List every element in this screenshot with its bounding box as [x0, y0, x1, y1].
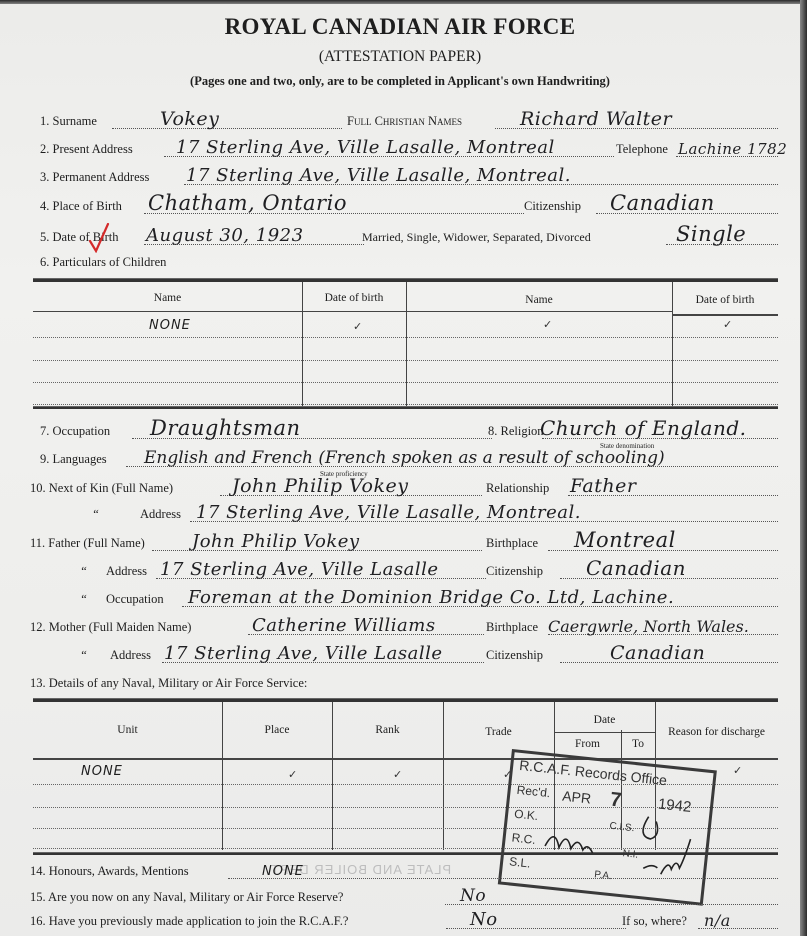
field-kin-address-row: “ Address 17 Sterling Ave, Ville Lasalle…	[40, 503, 778, 525]
father-name-value[interactable]: John Philip Vokey	[192, 531, 360, 552]
father-occupation-value[interactable]: Foreman at the Dominion Bridge Co. Ltd, …	[188, 587, 674, 608]
red-check-mark-icon	[88, 223, 110, 253]
surname-label: 1. Surname	[40, 114, 97, 129]
service-col-place: Place	[222, 724, 332, 736]
children-label: 6. Particulars of Children	[40, 255, 166, 270]
telephone-label: Telephone	[616, 142, 668, 157]
marital-status-label: Married, Single, Widower, Separated, Div…	[362, 230, 591, 245]
field-present-address-row: 2. Present Address 17 Sterling Ave, Vill…	[40, 138, 778, 160]
citizenship-value[interactable]: Canadian	[610, 191, 715, 215]
field-permanent-address-row: 3. Permanent Address 17 Sterling Ave, Vi…	[40, 166, 778, 188]
field-father-row: 11. Father (Full Name) John Philip Vokey…	[40, 532, 778, 554]
religion-value[interactable]: Church of England.	[540, 416, 747, 440]
service-col-date-to: To	[621, 738, 655, 750]
mother-citizenship-value[interactable]: Canadian	[610, 642, 705, 664]
field-father-occupation-row: “ Occupation Foreman at the Dominion Bri…	[40, 588, 778, 610]
ditto-mark: “	[80, 564, 87, 579]
previous-application-value[interactable]: No	[470, 909, 498, 930]
honours-label: 14. Honours, Awards, Mentions	[30, 864, 189, 879]
ditto-mark: “	[80, 592, 87, 607]
present-address-value[interactable]: 17 Sterling Ave, Ville Lasalle, Montreal	[176, 137, 555, 158]
citizenship-label: Citizenship	[524, 199, 581, 214]
scan-edge-right	[800, 0, 807, 936]
ditto-mark: “	[80, 648, 87, 663]
place-of-birth-label: 4. Place of Birth	[40, 199, 122, 214]
children-row-1-name-2[interactable]: ✓	[543, 318, 552, 331]
service-row-1-place[interactable]: ✓	[288, 768, 297, 781]
mother-citizenship-label: Citizenship	[486, 648, 543, 663]
service-col-unit: Unit	[33, 724, 222, 736]
children-row-1-dob-2[interactable]: ✓	[723, 318, 732, 331]
children-table-bottom-rule	[33, 406, 778, 409]
field-surname-row: 1. Surname Vokey Full Christian Names Ri…	[40, 110, 778, 132]
father-citizenship-value[interactable]: Canadian	[586, 556, 686, 580]
present-address-label: 2. Present Address	[40, 142, 133, 157]
kin-address-label: Address	[140, 507, 181, 522]
service-row-1-unit[interactable]: NONE	[81, 764, 123, 779]
telephone-value[interactable]: Lachine 1782	[678, 140, 787, 158]
stamp-ok: O.K.	[514, 807, 539, 823]
field-place-of-birth-row: 4. Place of Birth Chatham, Ontario Citiz…	[40, 195, 778, 217]
occupation-label: 7. Occupation	[40, 424, 110, 439]
field-date-of-birth-row: 5. Date of Birth August 30, 1923 Married…	[40, 226, 778, 248]
father-birthplace-label: Birthplace	[486, 536, 538, 551]
marital-status-value[interactable]: Single	[676, 222, 746, 246]
previous-application-label: 16. Have you previously made application…	[30, 914, 348, 929]
kin-address-value[interactable]: 17 Sterling Ave, Ville Lasalle, Montreal…	[196, 502, 581, 523]
field-children-row: 6. Particulars of Children	[40, 251, 778, 273]
languages-value[interactable]: English and French (French spoken as a r…	[144, 448, 665, 468]
relationship-label: Relationship	[486, 481, 549, 496]
attestation-paper: ROYAL CANADIAN AIR FORCE (ATTESTATION PA…	[0, 4, 800, 936]
mother-address-value[interactable]: 17 Sterling Ave, Ville Lasalle	[164, 643, 442, 664]
christian-names-label: Full Christian Names	[347, 114, 462, 129]
service-row-1-reason[interactable]: ✓	[733, 764, 742, 777]
service-col-date-from: From	[554, 738, 621, 750]
permanent-address-value[interactable]: 17 Sterling Ave, Ville Lasalle, Montreal…	[186, 165, 571, 186]
next-of-kin-label: 10. Next of Kin (Full Name)	[30, 481, 173, 496]
field-father-address-row: “ Address 17 Sterling Ave, Ville Lasalle…	[40, 560, 778, 582]
field-previous-application-row: 16. Have you previously made application…	[40, 910, 778, 932]
form-instruction: (Pages one and two, only, are to be comp…	[0, 74, 800, 89]
children-col-name-1: Name	[33, 292, 302, 304]
field-honours-row: 14. Honours, Awards, Mentions NONE	[40, 860, 778, 882]
mother-name-label: 12. Mother (Full Maiden Name)	[30, 620, 191, 635]
service-col-date: Date	[554, 714, 655, 726]
service-col-trade: Trade	[443, 726, 554, 738]
service-row-1-rank[interactable]: ✓	[393, 768, 402, 781]
field-reserve-row: 15. Are you now on any Naval, Military o…	[40, 886, 778, 908]
mother-name-value[interactable]: Catherine Williams	[252, 615, 436, 636]
mother-birthplace-label: Birthplace	[486, 620, 538, 635]
honours-value[interactable]: NONE	[262, 864, 304, 879]
permanent-address-label: 3. Permanent Address	[40, 170, 149, 185]
service-label: 13. Details of any Naval, Military or Ai…	[30, 676, 307, 691]
occupation-value[interactable]: Draughtsman	[150, 416, 301, 440]
stamp-rc: R.C.	[511, 830, 536, 846]
reserve-value[interactable]: No	[460, 886, 486, 906]
service-col-reason: Reason for discharge	[655, 726, 778, 738]
next-of-kin-value[interactable]: John Philip Vokey	[232, 475, 408, 497]
children-table: Name Date of birth Name Date of birth NO…	[33, 282, 778, 407]
father-name-label: 11. Father (Full Name)	[30, 536, 145, 551]
place-of-birth-value[interactable]: Chatham, Ontario	[148, 191, 347, 215]
children-col-dob-1: Date of birth	[302, 292, 406, 304]
date-of-birth-value[interactable]: August 30, 1923	[146, 225, 304, 246]
field-occupation-row: 7. Occupation Draughtsman 8. Religion Ch…	[40, 420, 778, 442]
children-col-name-2: Name	[406, 294, 672, 306]
father-address-label: Address	[106, 564, 147, 579]
records-office-stamp: R.C.A.F. Records Office Rec'd. APR 7 194…	[498, 749, 717, 906]
mother-birthplace-value[interactable]: Caergwrle, North Wales.	[548, 617, 749, 636]
father-citizenship-label: Citizenship	[486, 564, 543, 579]
father-occupation-label: Occupation	[106, 592, 164, 607]
field-service-row: 13. Details of any Naval, Military or Ai…	[40, 672, 778, 694]
surname-value[interactable]: Vokey	[160, 108, 219, 130]
where-value[interactable]: n/a	[704, 911, 731, 930]
field-languages-row: 9. Languages English and French (French …	[40, 448, 778, 470]
field-mother-address-row: “ Address 17 Sterling Ave, Ville Lasalle…	[40, 644, 778, 666]
relationship-value[interactable]: Father	[570, 475, 636, 497]
languages-label: 9. Languages	[40, 452, 107, 467]
field-mother-row: 12. Mother (Full Maiden Name) Catherine …	[40, 616, 778, 638]
ditto-mark: “	[92, 507, 99, 522]
form-title: ROYAL CANADIAN AIR FORCE	[0, 14, 800, 40]
field-next-of-kin-row: 10. Next of Kin (Full Name) John Philip …	[40, 477, 778, 499]
children-row-1-name[interactable]: NONE	[149, 318, 191, 333]
children-col-dob-2: Date of birth	[672, 294, 778, 306]
form-subtitle: (ATTESTATION PAPER)	[0, 48, 800, 66]
reserve-label: 15. Are you now on any Naval, Military o…	[30, 890, 343, 905]
where-label: If so, where?	[622, 914, 687, 929]
mother-address-label: Address	[110, 648, 151, 663]
father-birthplace-value[interactable]: Montreal	[574, 528, 676, 552]
service-col-rank: Rank	[332, 724, 443, 736]
religion-label: 8. Religion	[488, 424, 544, 439]
christian-names-value[interactable]: Richard Walter	[520, 108, 672, 130]
children-row-1-dob[interactable]: ✓	[353, 320, 362, 333]
father-address-value[interactable]: 17 Sterling Ave, Ville Lasalle	[160, 559, 438, 580]
